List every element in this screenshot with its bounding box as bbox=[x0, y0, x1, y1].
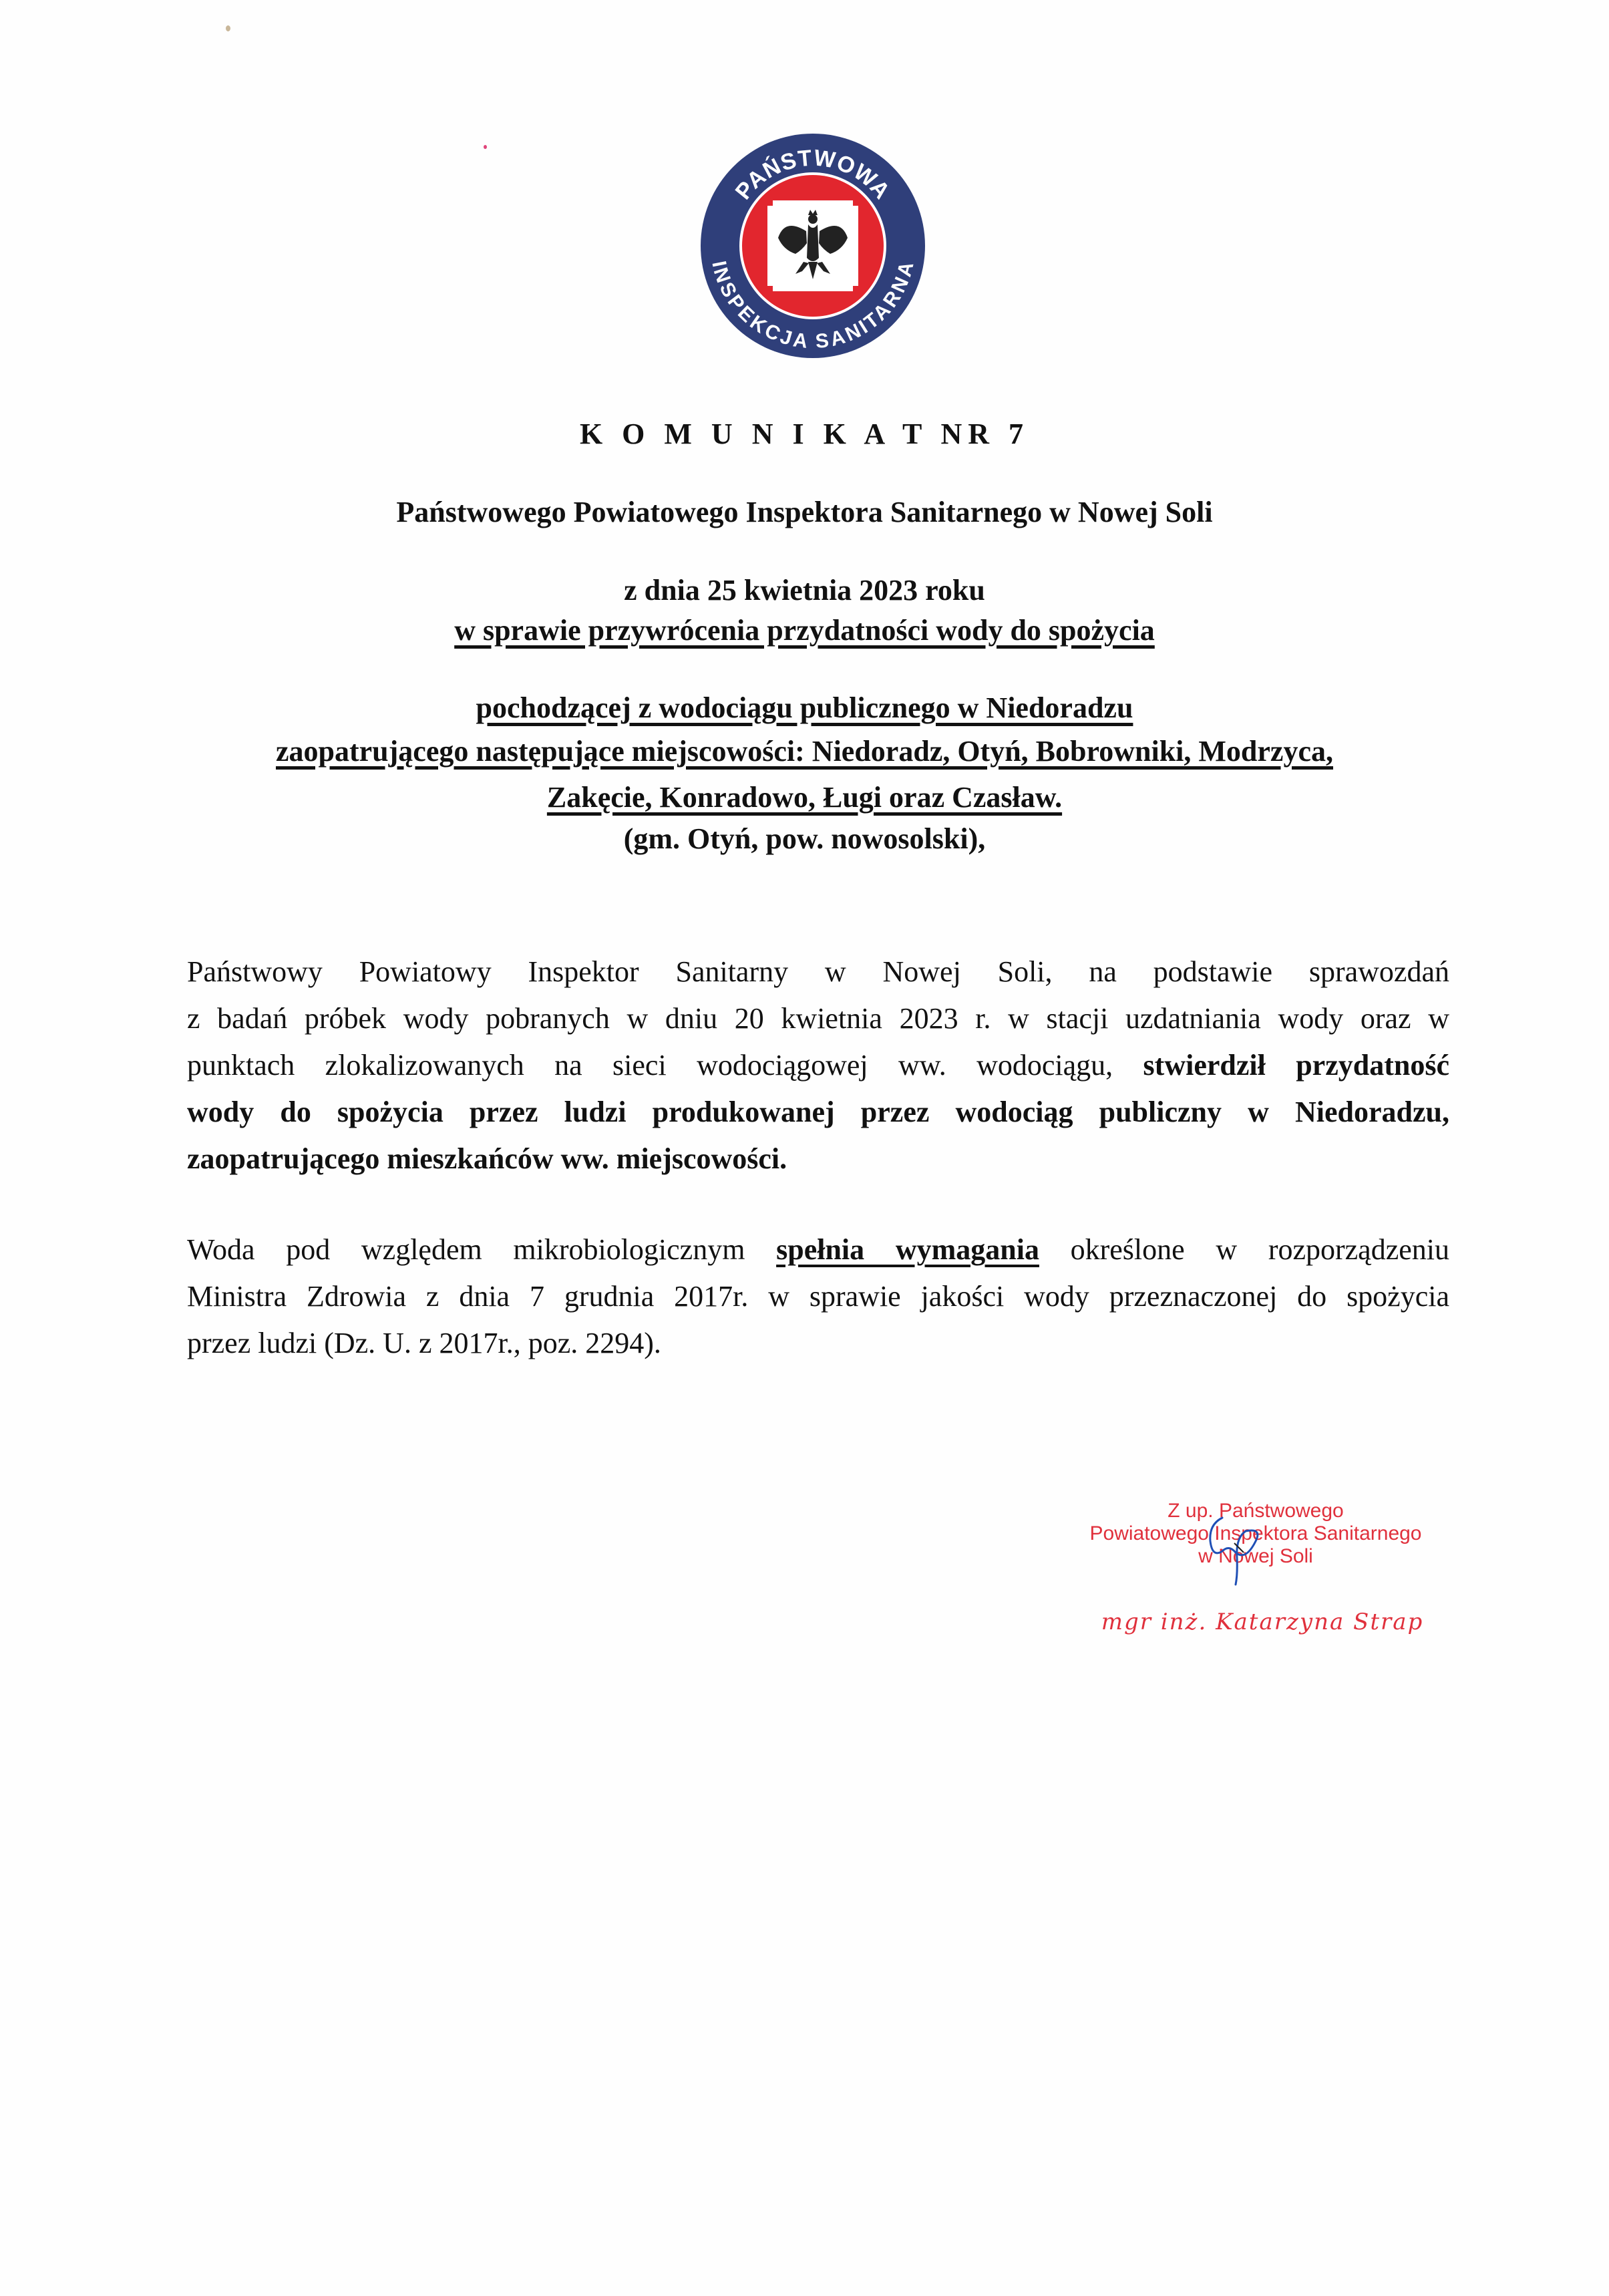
paragraph-line: z badań próbek wody pobranych w dniu 20 … bbox=[187, 995, 1449, 1042]
requirements-met-emphasis: spełnia wymagania bbox=[776, 1233, 1039, 1266]
document-title: K O M U N I K A T NR 7 bbox=[0, 420, 1609, 449]
text-span: określone w rozporządzeniu bbox=[1039, 1233, 1449, 1266]
date-line: z dnia 25 kwietnia 2023 roku bbox=[0, 576, 1609, 605]
paragraph-requirements: Woda pod względem mikrobiologicznym speł… bbox=[187, 1226, 1449, 1367]
signer-name: mgr inż. Katarzyna Strap bbox=[1089, 1609, 1436, 1635]
document-page: PAŃSTWOWA INSPEKCJA SANITARNA K O M U N … bbox=[0, 0, 1609, 2296]
bold-text-span: zaopatrującego mieszkańców ww. miejscowo… bbox=[187, 1142, 787, 1175]
subject-line-1: w sprawie przywrócenia przydatności wody… bbox=[0, 616, 1609, 645]
subject-line-2: pochodzącej z wodociągu publicznego w Ni… bbox=[0, 693, 1609, 723]
bold-text-span: wody do spożycia przez ludzi produkowane… bbox=[187, 1096, 1449, 1128]
bold-text-span: stwierdził przydatność bbox=[1143, 1049, 1449, 1082]
paragraph-line: wody do spożycia przez ludzi produkowane… bbox=[187, 1089, 1449, 1136]
location-line: (gm. Otyń, pow. nowosolski), bbox=[0, 824, 1609, 854]
paragraph-findings: Państwowy Powiatowy Inspektor Sanitarny … bbox=[187, 949, 1449, 1182]
text-span: Państwowy Powiatowy Inspektor Sanitarny … bbox=[187, 955, 1449, 988]
subject-line-2-text: pochodzącej z wodociągu publicznego w Ni… bbox=[476, 691, 1133, 724]
subject-line-4-text: Zakęcie, Konradowo, Ługi oraz Czasław. bbox=[547, 781, 1062, 814]
paragraph-line: przez ludzi (Dz. U. z 2017r., poz. 2294)… bbox=[187, 1320, 1449, 1367]
subject-line-4: Zakęcie, Konradowo, Ługi oraz Czasław. bbox=[0, 783, 1609, 812]
paragraph-line: Ministra Zdrowia z dnia 7 grudnia 2017r.… bbox=[187, 1273, 1449, 1320]
paragraph-line: punktach zlokalizowanych na sieci wodoci… bbox=[187, 1042, 1449, 1089]
text-span: z badań próbek wody pobranych w dniu 20 … bbox=[187, 1002, 1449, 1035]
sanitary-inspection-logo: PAŃSTWOWA INSPEKCJA SANITARNA bbox=[698, 131, 928, 361]
subject-line-3-text: zaopatrującego następujące miejscowości:… bbox=[276, 735, 1333, 768]
subject-line-1-text: w sprawie przywrócenia przydatności wody… bbox=[454, 614, 1155, 647]
paragraph-line: zaopatrującego mieszkańców ww. miejscowo… bbox=[187, 1136, 1449, 1182]
text-span: Woda pod względem mikrobiologicznym bbox=[187, 1233, 776, 1266]
paragraph-line: Państwowy Powiatowy Inspektor Sanitarny … bbox=[187, 949, 1449, 995]
paragraph-line: Woda pod względem mikrobiologicznym speł… bbox=[187, 1226, 1449, 1273]
text-span: punktach zlokalizowanych na sieci wodoci… bbox=[187, 1049, 1143, 1082]
scan-speck bbox=[226, 25, 230, 31]
subject-line-3: zaopatrującego następujące miejscowości:… bbox=[0, 737, 1609, 766]
scan-speck bbox=[484, 145, 487, 149]
handwritten-signature-icon bbox=[1196, 1511, 1276, 1591]
issuer-line: Państwowego Powiatowego Inspektora Sanit… bbox=[0, 498, 1609, 527]
